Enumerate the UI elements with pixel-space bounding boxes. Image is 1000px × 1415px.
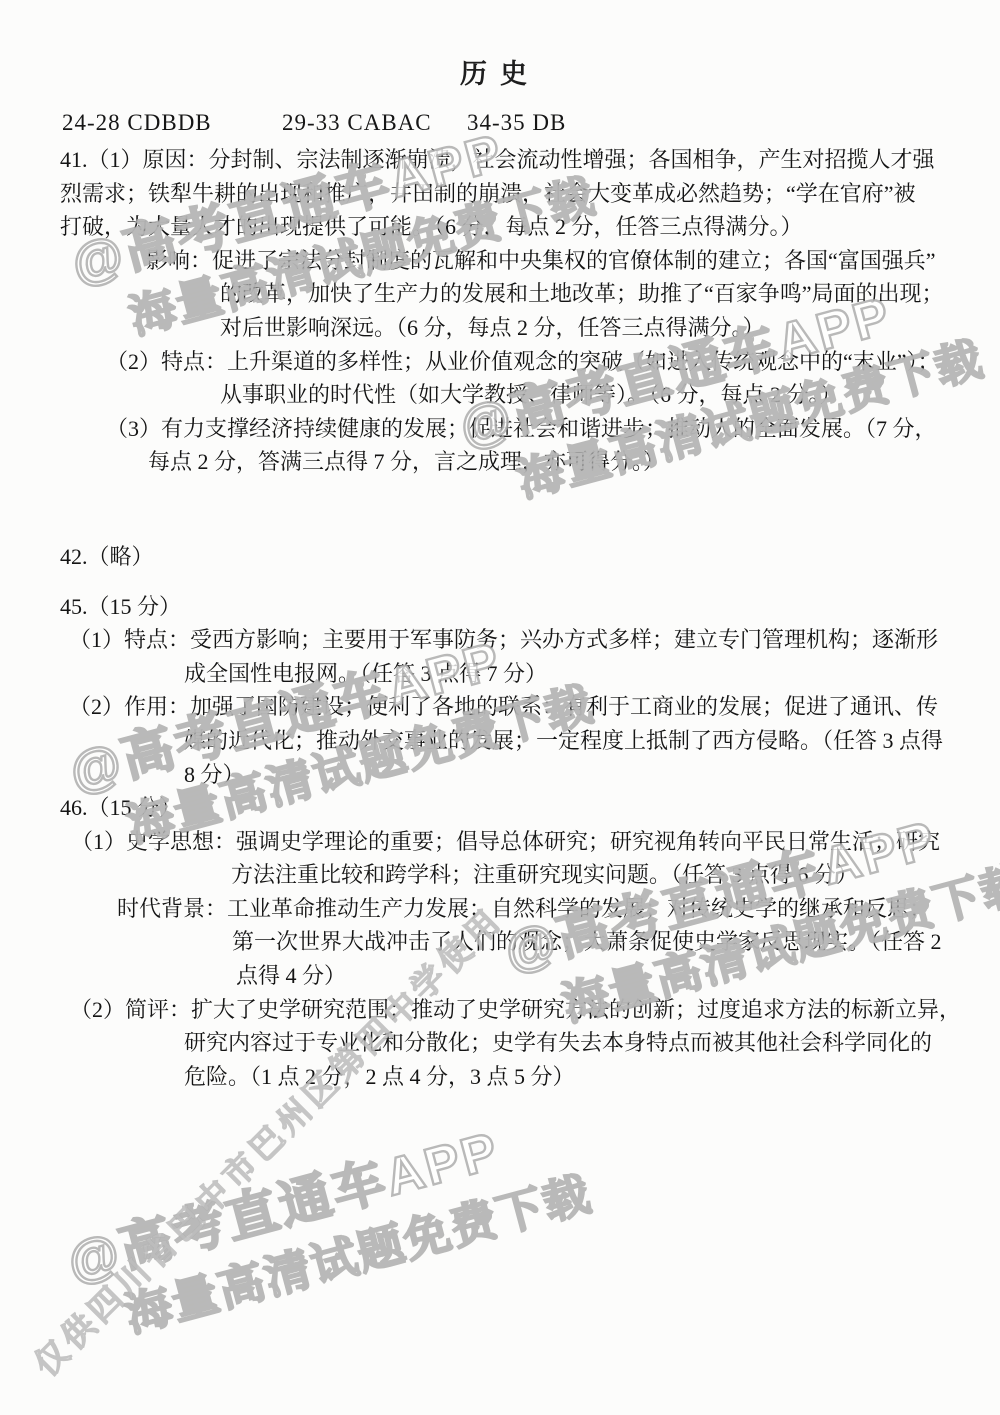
q41-line-9: （3）有力支撑经济持续健康的发展；促进社会和谐进步；推动人的全面发展。（7 分， <box>106 412 990 446</box>
q45-heading: 45.（15 分） <box>60 590 990 624</box>
answer-key-group-3: 34-35 DB <box>467 110 566 136</box>
q42-line-1: 42.（略） <box>60 540 990 574</box>
answer-key-group-1: 24-28 CDBDB <box>62 110 212 136</box>
q46-line-9: 危险。（1 点 2 分，2 点 4 分，3 点 5 分） <box>184 1060 990 1094</box>
q41-line-5: 的改革，加快了生产力的发展和土地改革；助推了“百家争鸣”局面的出现； <box>220 277 990 311</box>
vertical-gap <box>60 574 990 590</box>
watermark-app-bottom-left: @高考直通车APP 海量高清试题免费下载 <box>58 1088 598 1356</box>
exam-answer-sheet: 历史 24-28 CDBDB 29-33 CABAC 34-35 DB 41.（… <box>0 0 1000 1415</box>
q46-line-4: 时代背景：工业革命推动生产力发展；自然科学的发展；对传统史学的继承和反思； <box>117 892 990 926</box>
page-title: 历史 <box>0 52 1000 91</box>
watermark-app-name: @高考直通车APP <box>58 1088 582 1296</box>
q46-heading: 46.（15 分） <box>60 791 990 825</box>
q41-line-7: （2）特点：上升渠道的多样性；从业价值观念的突破（如进入传统观念中的“末业”）； <box>106 345 990 379</box>
answer-key-group-2: 29-33 CABAC <box>282 110 432 136</box>
q46-line-6: 点得 4 分） <box>236 959 990 993</box>
q46-line-8: 研究内容过于专业化和分散化；史学有失去本身特点而被其他社会科学同化的 <box>184 1026 990 1060</box>
watermark-app-slogan: 海量高清试题免费下载 <box>117 1157 598 1345</box>
q41-line-4: 影响：促进了宗法分封制度的瓦解和中央集权的官僚体制的建立；各国“富国强兵” <box>146 244 990 278</box>
q46-line-7: （2）简评：扩大了史学研究范围；推动了史学研究方法的创新；过度追求方法的标新立异… <box>70 993 990 1027</box>
mc-answer-key: 24-28 CDBDB 29-33 CABAC 34-35 DB <box>0 110 1000 138</box>
answers-content: 41.（1）原因：分封制、宗法制逐渐崩溃，社会流动性增强；各国相争，产生对招揽人… <box>60 143 990 1093</box>
q46-line-3: 方法注重比较和跨学科；注重研究现实问题。（任答 3 点得 6 分） <box>231 858 990 892</box>
q45-line-3: 成全国性电报网。（任答 3 点得 7 分） <box>184 657 990 691</box>
q41-line-6: 对后世影响深远。（6 分，每点 2 分，任答三点得满分。） <box>220 311 990 345</box>
q41-line-2: 烈需求；铁犁牛耕的出现和推广，井田制的崩溃，社会大变革成必然趋势；“学在官府”被 <box>60 177 990 211</box>
q46-line-5: 第一次世界大战冲击了人们的观念；大萧条促使史学家反思现实。（任答 2 <box>232 925 990 959</box>
q45-line-4: （2）作用：加强了国防建设；便利了各地的联系：有利于工商业的发展；促进了通讯、传 <box>69 690 990 724</box>
q45-line-6: 8 分） <box>184 758 990 792</box>
q41-line-3: 打破，为大量人才的出现提供了可能。（6 分，每点 2 分，任答三点得满分。） <box>60 210 990 244</box>
q41-line-10: 每点 2 分，答满三点得 7 分，言之成理，亦可得分。） <box>148 445 990 479</box>
q45-line-2: （1）特点：受西方影响；主要用于军事防务；兴办方式多样；建立专门管理机构；逐渐形 <box>69 623 990 657</box>
q46-line-2: （1）史学思想：强调史学理论的重要；倡导总体研究；研究视角转向平民日常生活；研究 <box>71 825 990 859</box>
q41-line-1: 41.（1）原因：分封制、宗法制逐渐崩溃，社会流动性增强；各国相争，产生对招揽人… <box>60 143 990 177</box>
q45-line-5: 媒的近代化；推动外交事业的发展；一定程度上抵制了西方侵略。（任答 3 点得 <box>184 724 990 758</box>
q41-line-8: 从事职业的时代性（如大学教授、律师等）。（6 分，每点 2 分。） <box>220 378 990 412</box>
vertical-gap <box>60 479 990 540</box>
